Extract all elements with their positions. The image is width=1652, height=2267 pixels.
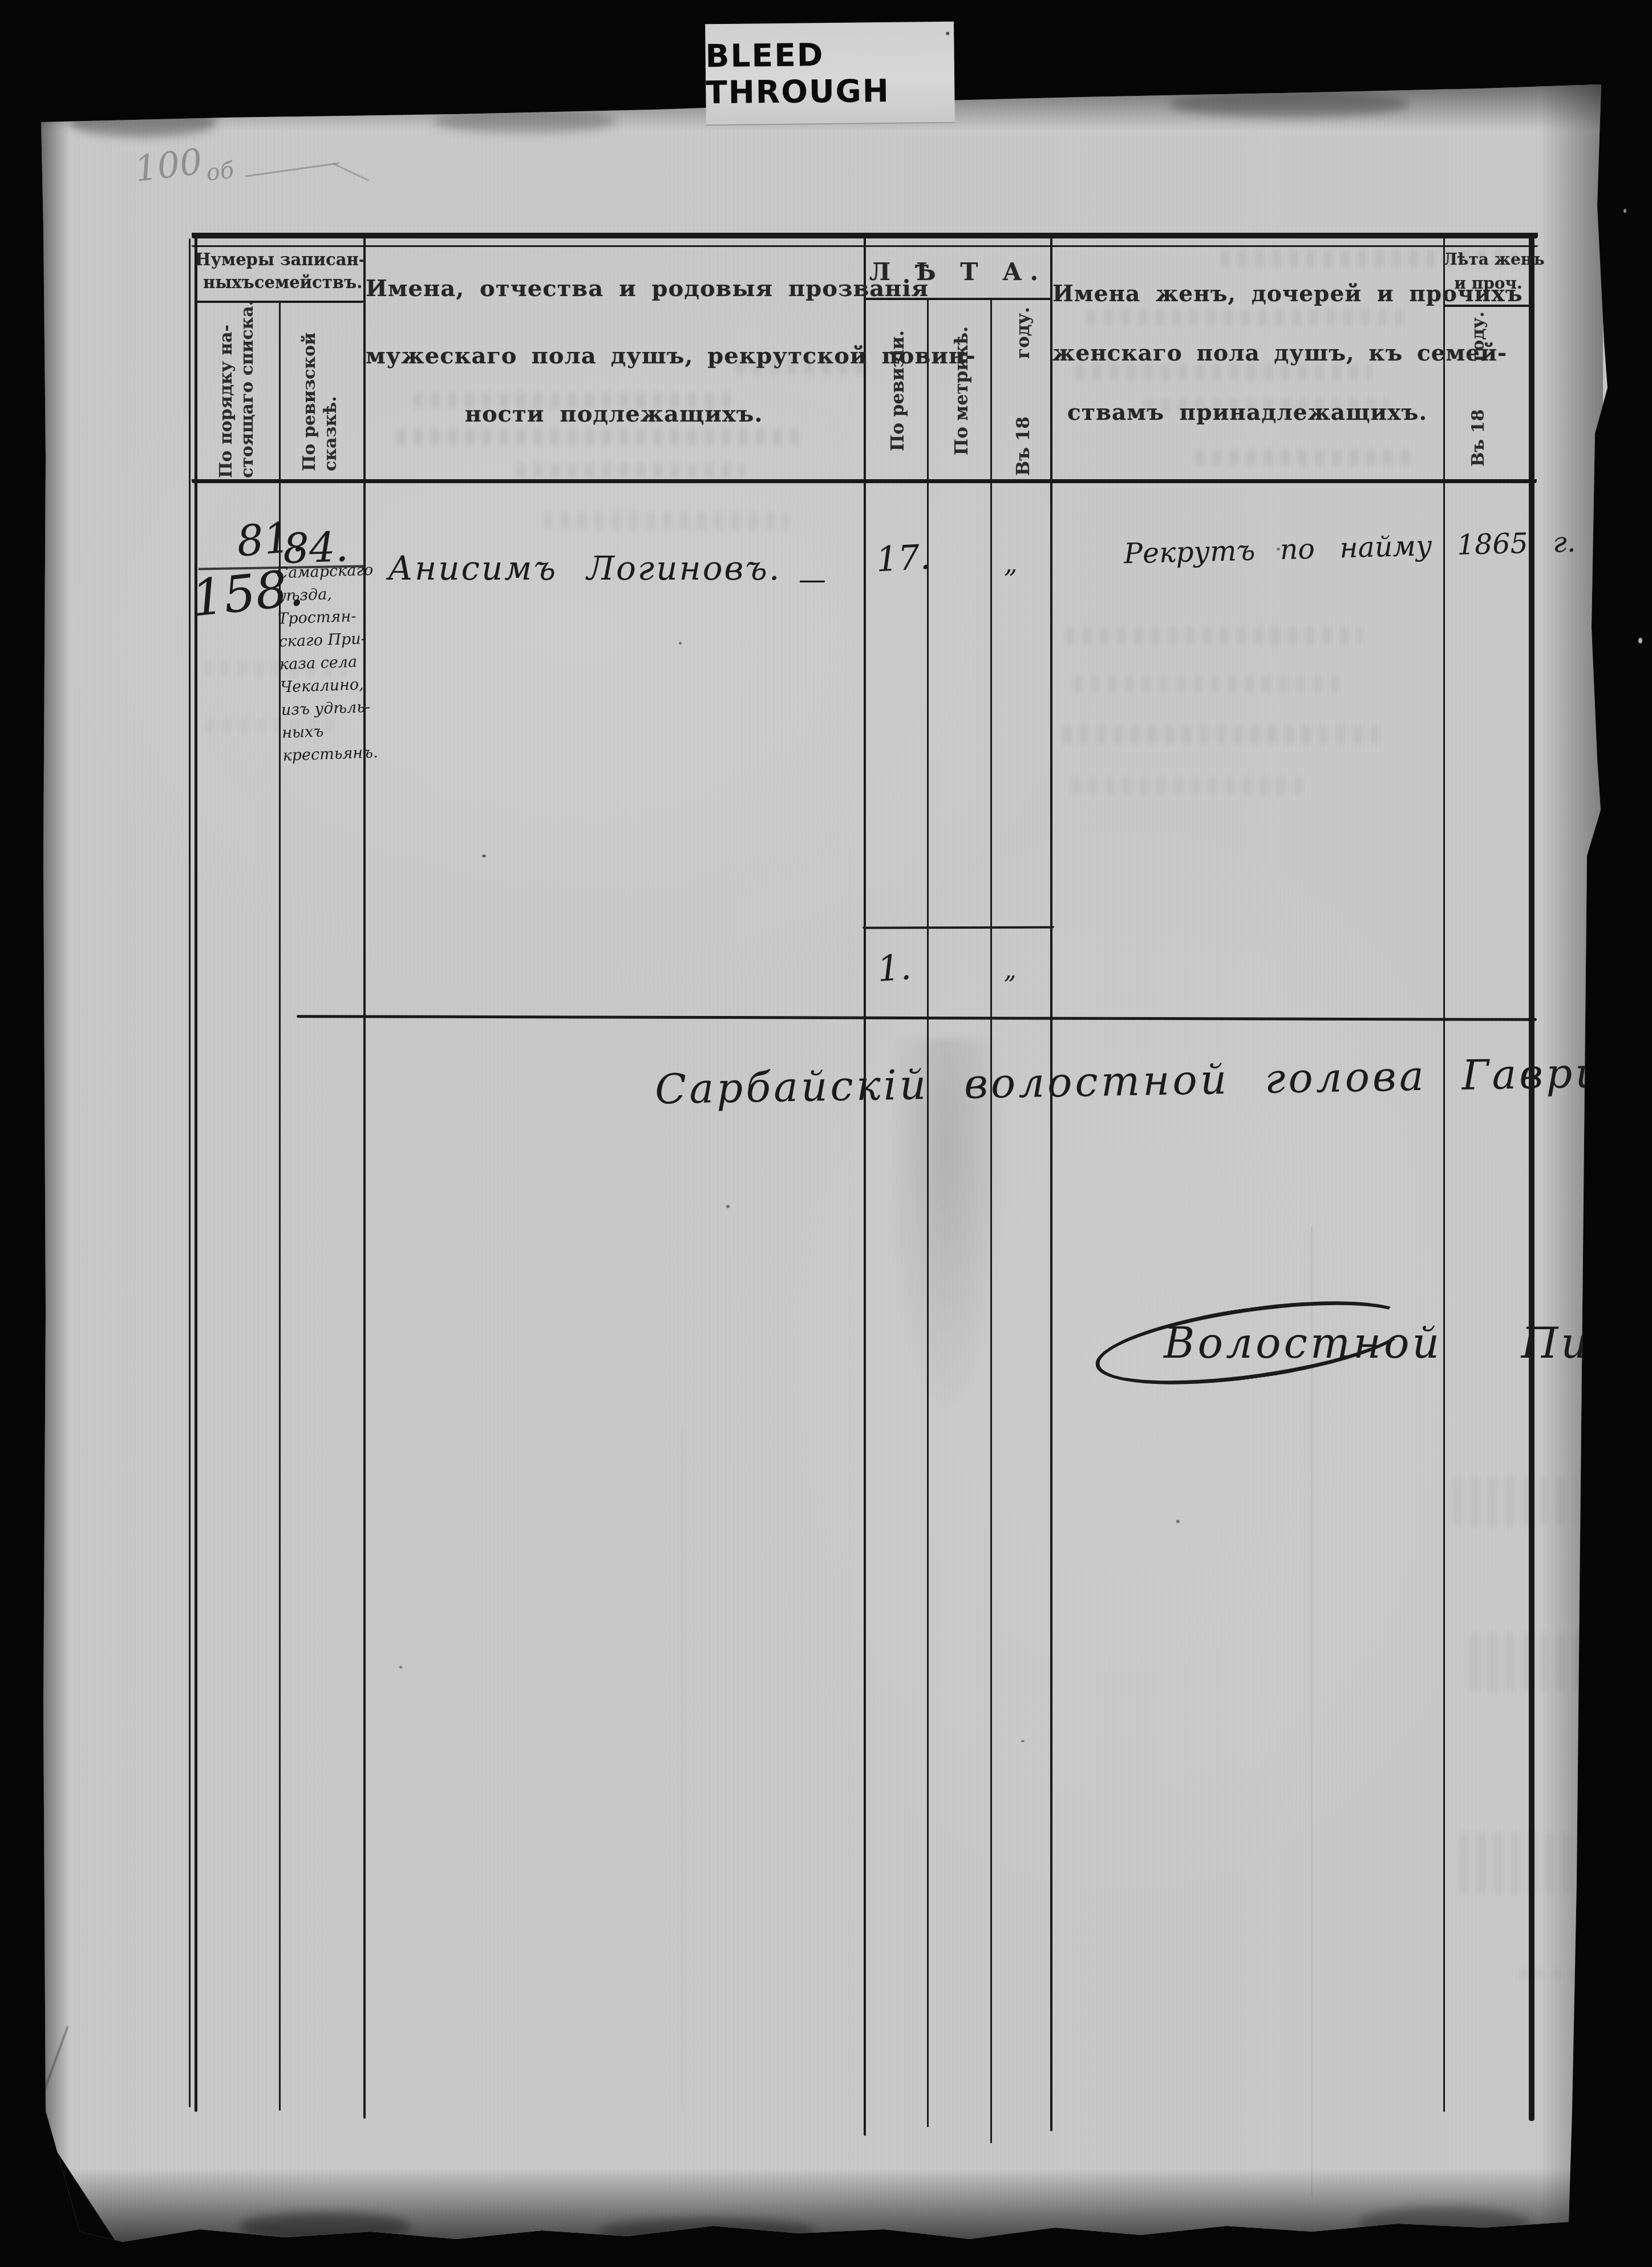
- edge-blot: [434, 110, 616, 133]
- wives-age-in-year-suffix: году.: [1468, 311, 1488, 362]
- origin-note-line: уѣзда,: [277, 581, 391, 608]
- males-header-line1: Имена, отчества и родовыя прозванія: [366, 275, 862, 302]
- bleed-through-smear: [1459, 1832, 1582, 1894]
- bleed-through-smear: [1471, 1633, 1584, 1691]
- edge-blot: [68, 107, 217, 137]
- entry-name-dash: —: [799, 564, 826, 596]
- col-divider-numbers-names: [363, 238, 366, 2119]
- wives-age-in-year-prefix: Въ 18: [1468, 409, 1488, 467]
- dust-speck: [399, 1666, 402, 1669]
- by-revision-tale-line2: сказкѣ.: [320, 313, 341, 471]
- dust-speck: [1277, 548, 1280, 550]
- col-header-age-in-year: Въ 18 году.: [1013, 307, 1034, 476]
- family-numbers-line2-left: ныхъ: [203, 273, 254, 292]
- card-speck: [946, 32, 949, 35]
- table-top-border: [192, 233, 1538, 238]
- family-numbers-header: Нумеры записан- ныхъ семействъ.: [195, 250, 364, 292]
- document-page: 100об Нумеры записан- ныхъ семействъ.: [0, 0, 1652, 2267]
- origin-note-line: Тростян-: [278, 604, 392, 631]
- bleed-through-smear: [543, 512, 788, 529]
- microfilm-scan: 100об Нумеры записан- ныхъ семействъ.: [0, 0, 1652, 2267]
- table-left-border-outer: [189, 238, 191, 2107]
- bleed-through-smear: [736, 358, 873, 374]
- signature-volost-clerk: Волостной Пи: [1164, 1319, 1591, 1368]
- totals-top-rule: [863, 926, 1054, 929]
- entry-origin-note: Самарскаго уѣзда, Тростян- скаго При- ка…: [276, 558, 397, 768]
- bleed-through-smear: [1221, 250, 1517, 267]
- bleed-through-smear: [1519, 1969, 1587, 1978]
- col-header-age-by-metrics: По метрикѣ.: [951, 308, 972, 473]
- ages-group-header: Л Ѣ Т А.: [864, 258, 1052, 286]
- origin-note-line: изъ удѣль-: [281, 695, 395, 722]
- edge-blot: [240, 2212, 411, 2241]
- col-header-by-revision-tale: По ревизской сказкѣ.: [299, 313, 341, 471]
- folio-suffix: об: [205, 157, 236, 187]
- totals-age-by-revision: 1.: [876, 946, 913, 990]
- age-in-year-prefix: Въ 18: [1013, 416, 1034, 476]
- col-header-age-by-revision: По ревизіи.: [888, 309, 908, 472]
- bleed-through-smear: [1071, 777, 1311, 794]
- pencil-tail-stroke: [333, 163, 370, 181]
- bleed-through-smear: [1066, 626, 1362, 645]
- bleed-through-smear: [414, 392, 733, 408]
- dust-speck: [726, 1205, 730, 1208]
- pencil-tail-stroke: [246, 163, 339, 177]
- family-numbers-line1: Нумеры записан-: [195, 250, 364, 269]
- bleed-through-smear: [1087, 310, 1406, 326]
- dust-speck: [482, 855, 486, 857]
- bleed-through-smear: [1062, 726, 1382, 744]
- col-divider-females-wivesage: [1443, 238, 1445, 2112]
- signature-volost-head: Сарбайскій волостной голова Гаврила: [654, 1048, 1652, 1114]
- bleed-through-smear: [1453, 1476, 1576, 1527]
- film-speck: [1638, 638, 1642, 643]
- folio-number: 100: [132, 140, 204, 190]
- entry-females-note: Рекрутъ по найму 1865 г.: [1123, 526, 1576, 570]
- bleed-through-smear: [516, 463, 744, 478]
- by-revision-tale-line1: По ревизской: [299, 313, 320, 471]
- edge-blot: [1358, 2207, 1529, 2241]
- age-in-year-suffix: году.: [1013, 307, 1034, 359]
- by-current-list-line1: По порядку на-: [216, 310, 237, 478]
- bleed-through-label: BLEED THROUGH: [705, 35, 954, 111]
- females-header-line1: Имена женъ, дочерей и прочихъ: [1052, 281, 1442, 307]
- edge-blot: [599, 2218, 816, 2244]
- table-left-border: [195, 235, 197, 2112]
- left-edge-shadow: [41, 119, 70, 2236]
- entry-age-year-ditto: „: [1004, 548, 1018, 578]
- origin-note-line: ныхъ: [282, 718, 396, 744]
- origin-note-line: скаго При-: [278, 627, 393, 654]
- dust-speck: [1176, 1520, 1180, 1523]
- bleed-through-smear: [1074, 675, 1347, 693]
- family-numbers-line2-right: семействъ.: [254, 273, 362, 292]
- col-header-wives-age-in-year: Въ 18 году.: [1468, 311, 1488, 467]
- dust-speck: [679, 642, 682, 645]
- pencil-folio-number: 100об: [132, 137, 232, 190]
- bleed-through-smear: [1075, 364, 1372, 380]
- origin-note-line: крестьянъ.: [282, 740, 397, 767]
- right-edge-shadow: [1540, 84, 1603, 2229]
- col-divider-ages-females: [1050, 238, 1052, 2131]
- females-header-line2: женскаго пола душъ, къ семей-: [1052, 340, 1442, 366]
- by-current-list-line2: стоящаго списка.: [237, 310, 258, 478]
- totals-bottom-rule: [297, 1015, 1537, 1021]
- edge-blot: [1169, 91, 1409, 118]
- film-speck: [1623, 209, 1626, 213]
- origin-note-line: Чекалино,: [280, 672, 395, 699]
- col-header-by-current-list: По порядку на- стоящаго списка.: [216, 310, 258, 478]
- bleed-through-smear: [1144, 398, 1389, 413]
- totals-age-year-ditto: „: [1004, 956, 1017, 984]
- bleed-through-smear: [396, 429, 807, 445]
- bleed-through-smear: [1195, 450, 1412, 465]
- vertical-crease: [682, 1426, 683, 2111]
- origin-note-line: Самарскаго: [276, 558, 391, 585]
- col-divider-names-ages: [864, 238, 866, 2136]
- entry-name: Анисимъ Логиновъ.: [388, 549, 781, 588]
- vertical-crease: [1311, 1226, 1313, 2196]
- dust-speck: [1021, 1740, 1025, 1742]
- wives-ages-header-line2: и проч.: [1443, 274, 1533, 293]
- origin-note-line: каза села: [279, 650, 394, 677]
- entry-age-by-revision: 17.: [875, 537, 932, 580]
- bleed-through-card: BLEED THROUGH: [705, 22, 955, 126]
